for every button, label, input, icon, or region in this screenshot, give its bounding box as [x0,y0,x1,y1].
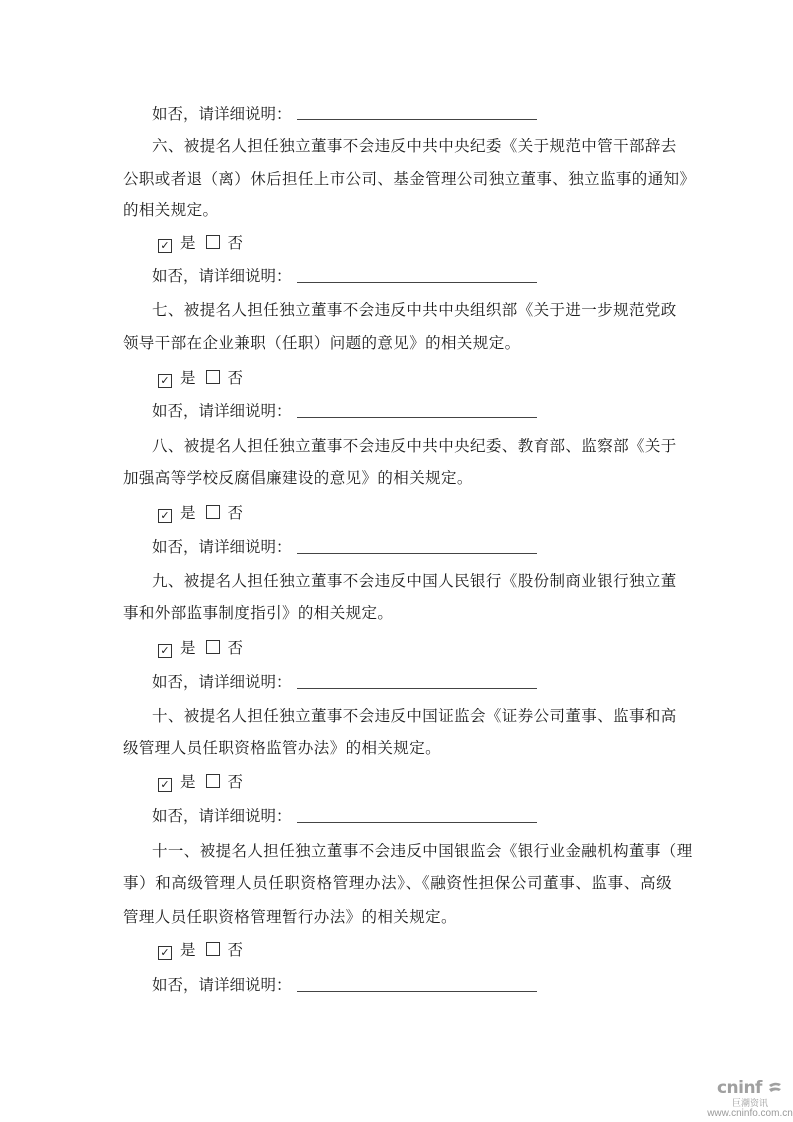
section-ten-explain-input[interactable] [297,822,537,823]
section-ten-line-1: 十、被提名人担任独立董事不会违反中国证监会《证券公司董事、监事和高 [152,706,672,726]
section-seven-line-1: 七、被提名人担任独立董事不会违反中共中央组织部《关于进一步规范党政 [152,300,672,320]
yes-checkbox-checked[interactable]: ✓ [158,778,172,792]
cninfo-watermark: cninf 巨潮资讯 www.cninfo.com.cn [705,1078,793,1119]
section-six-line-1: 六、被提名人担任独立董事不会违反中共中央纪委《关于规范中管干部辞去 [152,136,672,156]
yes-checkbox-checked[interactable]: ✓ [158,239,172,253]
section-eight-line-1: 八、被提名人担任独立董事不会违反中共中央纪委、教育部、监察部《关于 [152,436,672,456]
section-nine-line-2: 事和外部监事制度指引》的相关规定。 [123,603,672,623]
yes-checkbox-checked[interactable]: ✓ [158,509,172,523]
section-seven-explain: 如否，请详细说明： [152,401,292,421]
yes-label: 是 [180,639,196,657]
section-six-explain-input[interactable] [297,282,537,283]
cninfo-logo: cninf [705,1078,793,1098]
no-checkbox[interactable] [206,774,220,788]
no-label: 否 [228,234,244,252]
no-label: 否 [228,773,244,791]
explain-label: 如否，请详细说明： [152,402,292,420]
section-eight-explain-input[interactable] [297,553,537,554]
section-ten-line-2: 级管理人员任职资格监管办法》的相关规定。 [123,738,672,758]
yes-checkbox-checked[interactable]: ✓ [158,946,172,960]
yes-checkbox-checked[interactable]: ✓ [158,374,172,388]
section-nine-answer: ✓是否 [158,638,253,658]
section-ten-explain: 如否，请详细说明： [152,806,292,826]
section-seven-explain-input[interactable] [297,417,537,418]
section-eleven-explain-input[interactable] [297,991,537,992]
section-six-explain: 如否，请详细说明： [152,266,292,286]
section-eleven-line-2: 事）和高级管理人员任职资格管理办法》、《融资性担保公司董事、监事、高级 [123,873,672,893]
no-checkbox[interactable] [206,505,220,519]
explain-label: 如否，请详细说明： [152,976,292,994]
no-label: 否 [228,504,244,522]
section-eight-explain: 如否，请详细说明： [152,537,292,557]
yes-label: 是 [180,234,196,252]
explain-label: 如否，请详细说明： [152,538,292,556]
no-checkbox[interactable] [206,235,220,249]
document-page: 如否，请详细说明： 六、被提名人担任独立董事不会违反中共中央纪委《关于规范中管干… [0,0,793,1122]
watermark-url: www.cninfo.com.cn [705,1108,793,1119]
yes-checkbox-checked[interactable]: ✓ [158,644,172,658]
section-six-answer: ✓是否 [158,233,253,253]
section-ten-answer: ✓是否 [158,772,253,792]
explain-label: 如否，请详细说明： [152,807,292,825]
no-label: 否 [228,639,244,657]
section-eleven-line-1: 十一、被提名人担任独立董事不会违反中国银监会《银行业金融机构董事（理 [152,841,672,861]
watermark-brand: cninf [717,1078,762,1098]
yes-label: 是 [180,941,196,959]
yes-label: 是 [180,369,196,387]
section-nine-line-1: 九、被提名人担任独立董事不会违反中国人民银行《股份制商业银行独立董 [152,571,672,591]
yes-label: 是 [180,504,196,522]
section-eleven-line-3: 管理人员任职资格管理暂行办法》的相关规定。 [123,907,672,927]
section-nine-explain: 如否，请详细说明： [152,672,292,692]
yes-label: 是 [180,773,196,791]
explain-line-prev: 如否，请详细说明： [152,104,292,124]
section-nine-explain-input[interactable] [297,688,537,689]
section-eleven-explain: 如否，请详细说明： [152,975,292,995]
explain-input-prev[interactable] [297,119,537,120]
no-label: 否 [228,369,244,387]
cninfo-swirl-icon [767,1081,783,1095]
section-seven-answer: ✓是否 [158,368,253,388]
no-checkbox[interactable] [206,640,220,654]
section-seven-line-2: 领导干部在企业兼职（任职）问题的意见》的相关规定。 [123,333,672,353]
explain-label: 如否，请详细说明： [152,673,292,691]
explain-label: 如否，请详细说明： [152,105,292,123]
no-label: 否 [228,941,244,959]
section-six-line-3: 的相关规定。 [123,200,672,220]
section-eleven-answer: ✓是否 [158,940,253,960]
section-six-line-2: 公职或者退（离）休后担任上市公司、基金管理公司独立董事、独立监事的通知》 [123,169,672,189]
section-eight-answer: ✓是否 [158,503,253,523]
section-eight-line-2: 加强高等学校反腐倡廉建设的意见》的相关规定。 [123,468,672,488]
no-checkbox[interactable] [206,370,220,384]
explain-label: 如否，请详细说明： [152,267,292,285]
no-checkbox[interactable] [206,942,220,956]
